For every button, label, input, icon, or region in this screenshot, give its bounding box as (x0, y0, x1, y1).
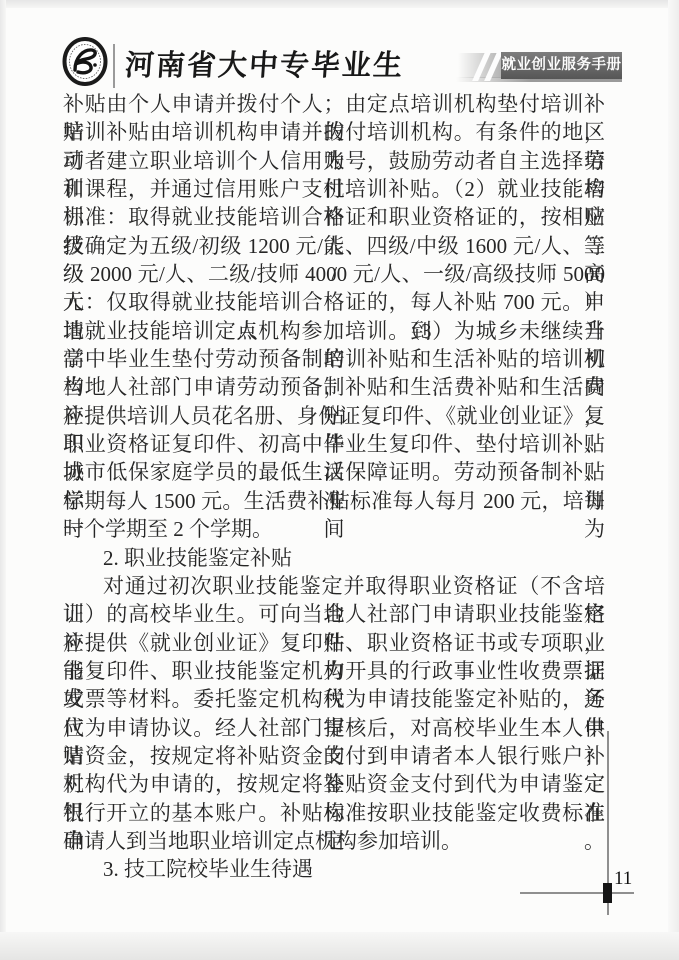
body-line: 书复印件、职业技能鉴定机构开具的行政事业性收费票据或税务 (63, 657, 605, 685)
body-line: 应提供《就业创业证》复印件、职业资格证书或专项职业能力证 (63, 629, 605, 657)
body-line: 当地人社部门申请劳动预备制补贴和生活费补贴和生活费补贴， (63, 373, 605, 401)
brand-title: 河南省大中专毕业生 (124, 46, 406, 86)
body-line: 2. 职业技能鉴定补贴 (63, 544, 605, 572)
body-line: 和课程，并通过信用账户支付培训补贴。（2）就业技能培训补贴 (63, 175, 605, 203)
scanned-page: 河南省大中专毕业生 就业创业服务手册 补贴由个人申请并拨付个人；由定点培训机构垫… (0, 0, 679, 960)
body-line: 证）的高校毕业生。可向当地人社部门申请职业技能鉴定补贴， (63, 600, 605, 628)
body-line: 城市低保家庭学员的最低生活保障证明。劳动预备制补贴标准每 (63, 458, 605, 486)
page-number: 11 (614, 868, 632, 890)
header-divider (113, 44, 115, 88)
body-line: 高中毕业生垫付劳动预备制培训补贴和生活补贴的培训机构，向 (63, 345, 605, 373)
body-line: 对通过初次职业技能鉴定并取得职业资格证（不含培训合格 (63, 572, 605, 600)
page-number-tick (603, 883, 612, 903)
body-line: 学期每人 1500 元。生活费补贴标准每人每月 200 元，培训时间为 (63, 487, 605, 515)
body-line: 机构代为申请的，按规定将补贴资金支付到代为申请鉴定机构在 (63, 770, 605, 798)
body-line: 应提供培训人员花名册、身份证复印件、《就业创业证》复印件、 (63, 402, 605, 430)
body-line: 代为申请协议。经人社部门审核后，对高校毕业生本人申请的补 (63, 714, 605, 742)
body-line: 银行开立的基本账户。补贴标准按职业技能鉴定收费标准确定。 (63, 799, 605, 827)
body-line: 职业资格证复印件、初高中毕业生复印件、垫付培训补贴协议、 (63, 430, 605, 458)
handbook-title-band: 就业创业服务手册 (501, 52, 622, 79)
body-text: 补贴由个人申请并拨付个人；由定点培训机构垫付培训补贴的，培训补贴由培训机构申请并… (63, 90, 605, 884)
school-emblem-seal-icon (62, 37, 108, 86)
body-line: 级确定为五级/初级 1200 元/人、四级/中级 1600 元/人、三级/高 (63, 232, 605, 260)
scan-edge-left (0, 0, 6, 960)
body-line: 发票等材料。委托鉴定机构代为申请技能鉴定补贴的，还应提供 (63, 685, 605, 713)
scan-edge-top (0, 0, 679, 8)
body-line: 标准：取得就业技能培训合格证和职业资格证的，按相应技能等 (63, 203, 605, 231)
body-line: 补贴由个人申请并拨付个人；由定点培训机构垫付培训补贴的， (63, 90, 605, 118)
body-line: 地就业技能培训定点机构参加培训。（3）为城乡未继续升学的初 (63, 317, 605, 345)
margin-horizontal-rule (520, 892, 634, 894)
scan-edge-right (668, 0, 679, 960)
body-line: 培训补贴由培训机构申请并拨付培训机构。有条件的地区可为劳 (63, 118, 605, 146)
scan-edge-bottom (0, 932, 679, 960)
body-line: 动者建立职业培训个人信用账号，鼓励劳动者自主选择培训机构 (63, 147, 605, 175)
body-line: 级 2000 元/人、二级/技师 4000 元/人、一级/高级技师 5000 元… (63, 260, 605, 288)
body-line: 人：仅取得就业技能培训合格证的，每人补贴 700 元。申请人到当 (63, 288, 605, 316)
body-line: 3. 技工院校毕业生待遇 (63, 855, 605, 883)
body-line: 贴资金，按规定将补贴资金支付到申请者本人银行账户；对鉴定 (63, 742, 605, 770)
